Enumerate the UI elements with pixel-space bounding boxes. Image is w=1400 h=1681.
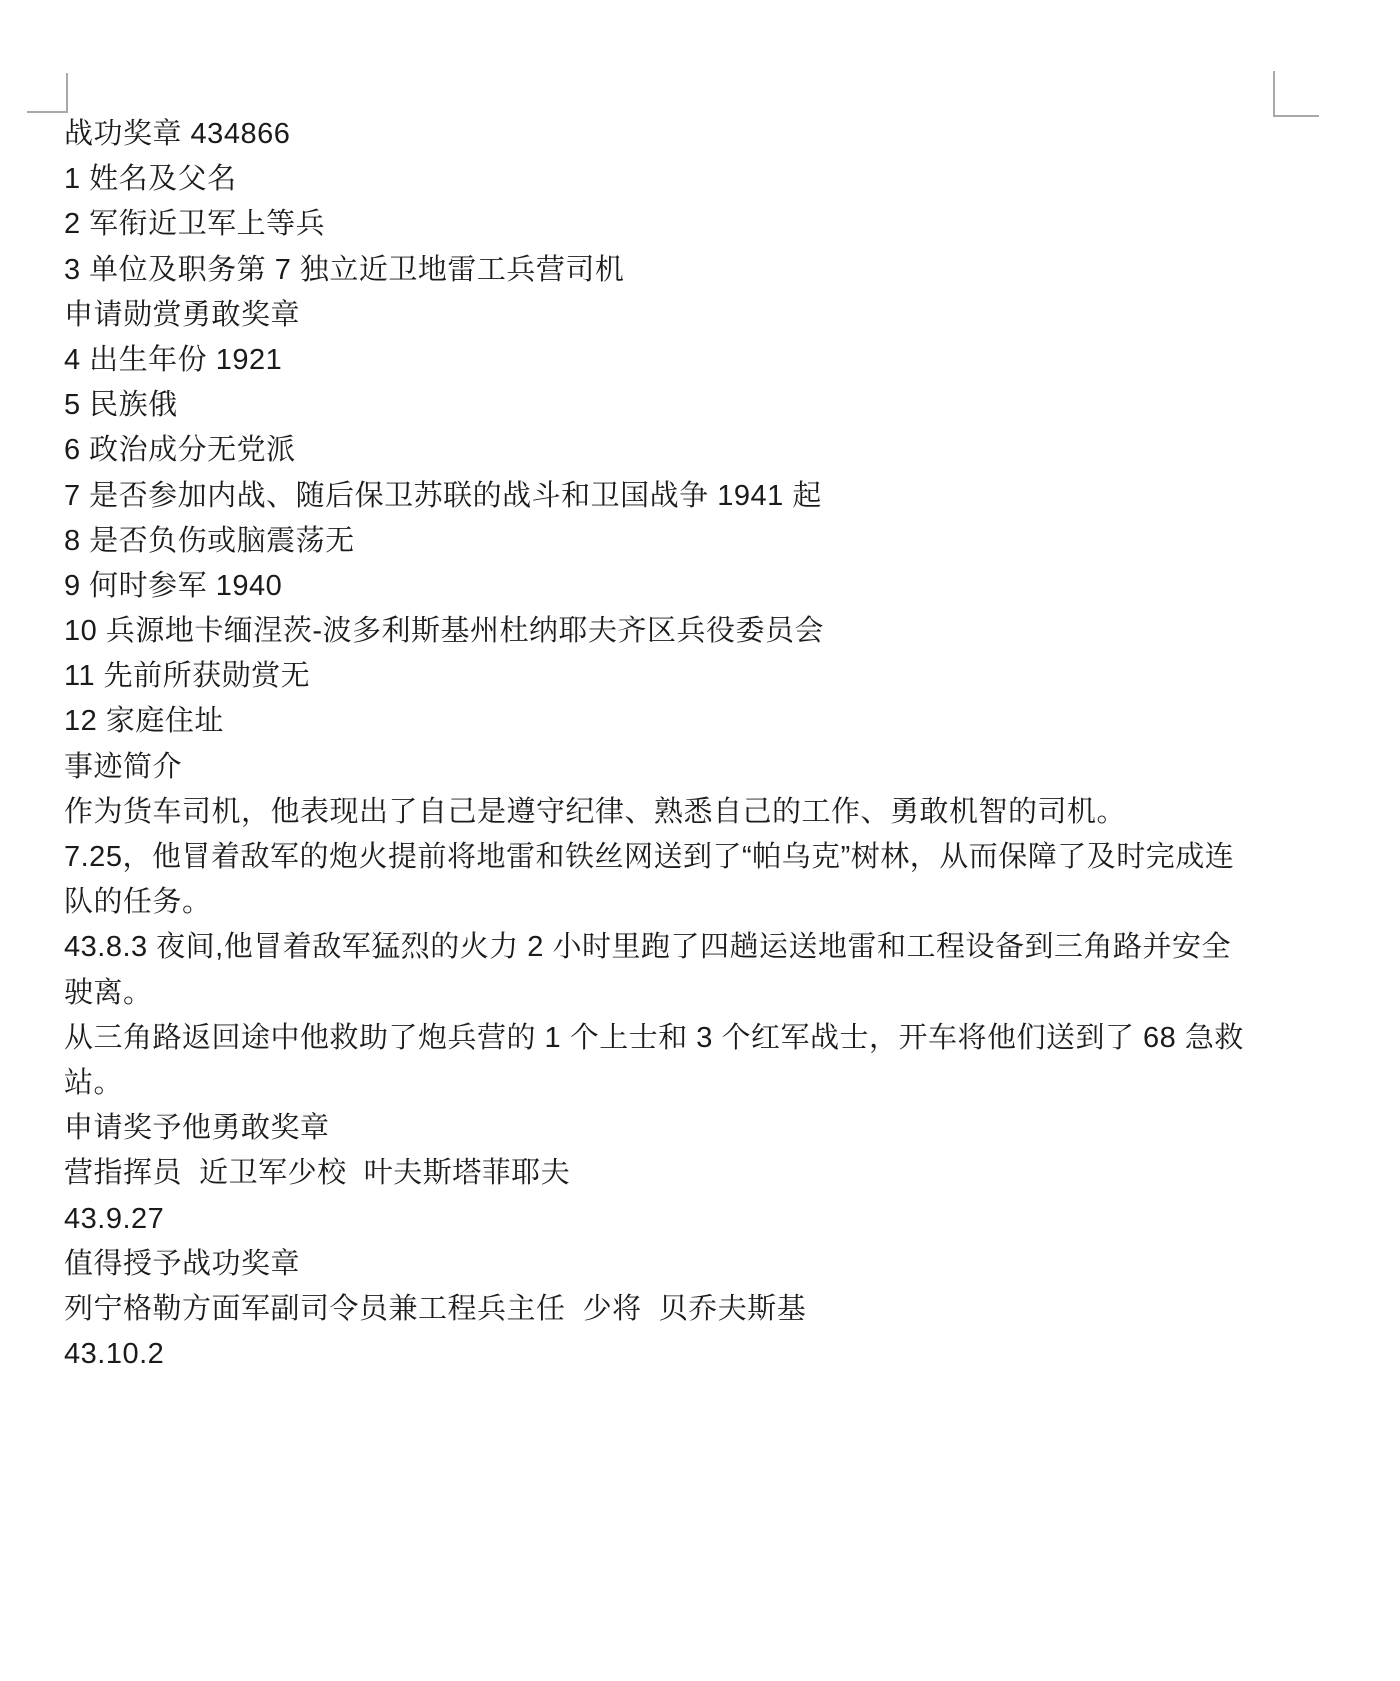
document-text-block: 战功奖章 4348661 姓名及父名2 军衔近卫军上等兵3 单位及职务第 7 独… <box>64 112 1294 1377</box>
text-line: 从三角路返回途中他救助了炮兵营的 1 个上士和 3 个红军战士，开车将他们送到了… <box>64 1016 1294 1061</box>
text-line: 7.25，他冒着敌军的炮火提前将地雷和铁丝网送到了“帕乌克”树林，从而保障了及时… <box>64 835 1294 880</box>
text-line: 作为货车司机，他表现出了自己是遵守纪律、熟悉自己的工作、勇敢机智的司机。 <box>64 790 1294 835</box>
text-line: 驶离。 <box>64 971 1294 1016</box>
text-line: 10 兵源地卡缅涅茨-波多利斯基州杜纳耶夫齐区兵役委员会 <box>64 609 1294 654</box>
text-line: 2 军衔近卫军上等兵 <box>64 202 1294 247</box>
text-line: 值得授予战功奖章 <box>64 1242 1294 1287</box>
text-line: 营指挥员 近卫军少校 叶夫斯塔菲耶夫 <box>64 1151 1294 1196</box>
crop-mark-top-left <box>27 73 68 113</box>
text-line: 7 是否参加内战、随后保卫苏联的战斗和卫国战争 1941 起 <box>64 474 1294 519</box>
text-line: 3 单位及职务第 7 独立近卫地雷工兵营司机 <box>64 248 1294 293</box>
crop-mark-top-right <box>1273 71 1319 117</box>
text-line: 5 民族俄 <box>64 383 1294 428</box>
text-line: 43.10.2 <box>64 1332 1294 1377</box>
text-line: 9 何时参军 1940 <box>64 564 1294 609</box>
text-line: 战功奖章 434866 <box>64 112 1294 157</box>
text-line: 事迹简介 <box>64 745 1294 790</box>
text-line: 43.8.3 夜间,他冒着敌军猛烈的火力 2 小时里跑了四趟运送地雷和工程设备到… <box>64 925 1294 970</box>
text-line: 12 家庭住址 <box>64 699 1294 744</box>
text-line: 11 先前所获勋赏无 <box>64 654 1294 699</box>
text-line: 43.9.27 <box>64 1197 1294 1242</box>
text-line: 8 是否负伤或脑震荡无 <box>64 519 1294 564</box>
text-line: 6 政治成分无党派 <box>64 428 1294 473</box>
text-line: 4 出生年份 1921 <box>64 338 1294 383</box>
text-line: 申请勋赏勇敢奖章 <box>64 293 1294 338</box>
text-line: 1 姓名及父名 <box>64 157 1294 202</box>
text-line: 队的任务。 <box>64 880 1294 925</box>
text-line: 站。 <box>64 1061 1294 1106</box>
text-line: 申请奖予他勇敢奖章 <box>64 1106 1294 1151</box>
text-line: 列宁格勒方面军副司令员兼工程兵主任 少将 贝乔夫斯基 <box>64 1287 1294 1332</box>
